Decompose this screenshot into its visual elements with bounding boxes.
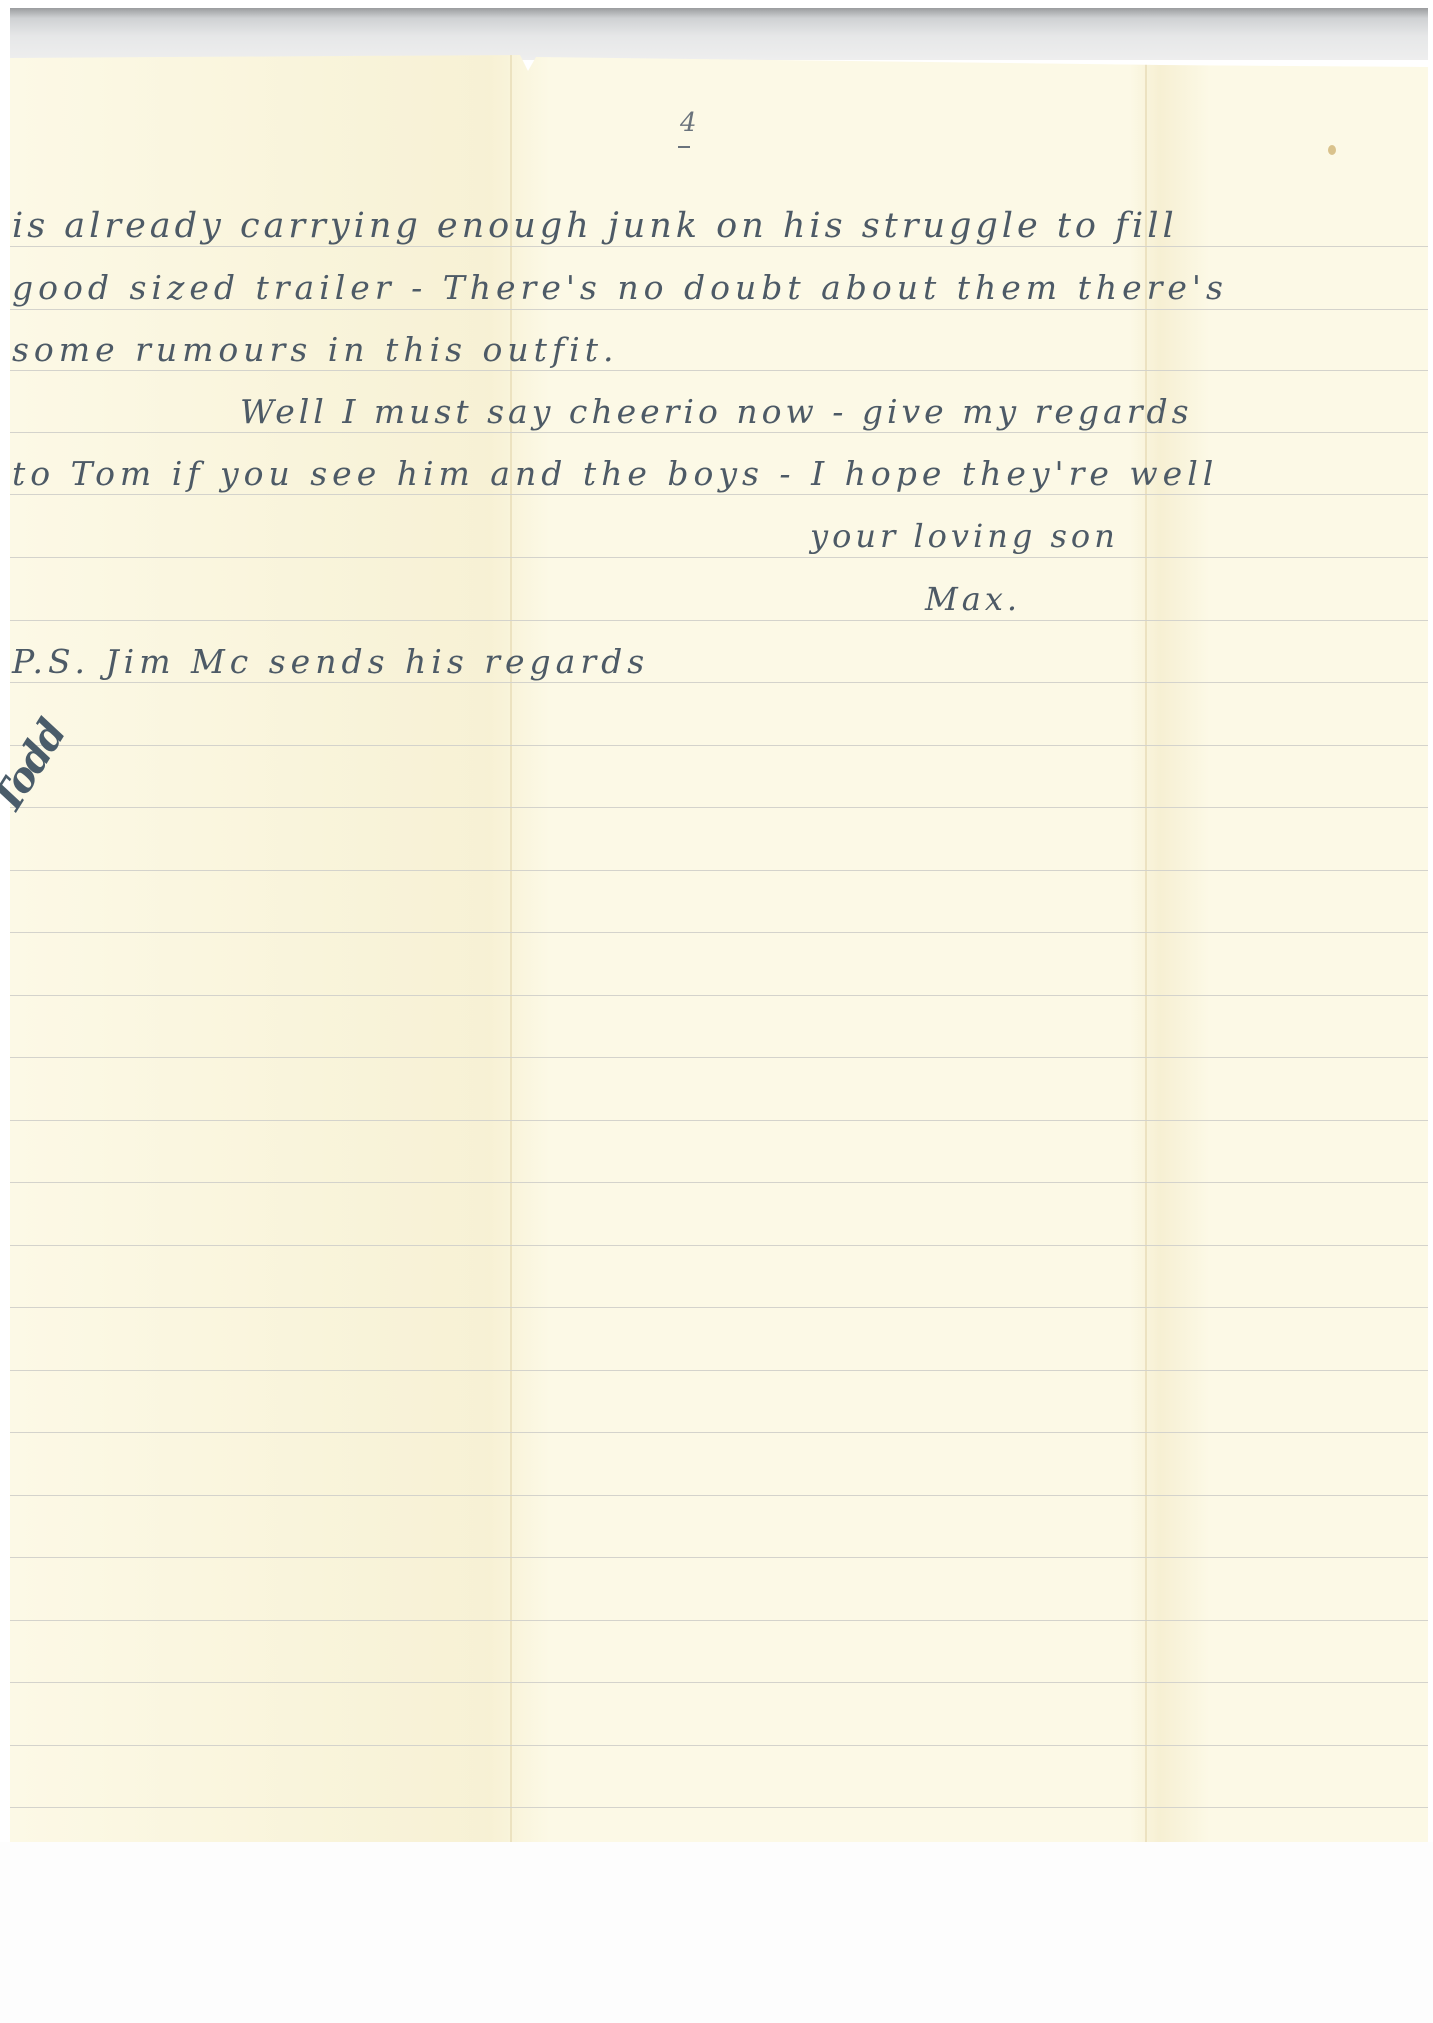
ruled-line bbox=[10, 870, 1428, 871]
ruled-line bbox=[10, 745, 1428, 746]
paper-fold bbox=[510, 55, 512, 1842]
ruled-line bbox=[10, 1245, 1428, 1246]
letter-body-line: some rumours in this outfit. bbox=[12, 330, 618, 369]
ruled-line bbox=[10, 1745, 1428, 1746]
ruled-line bbox=[10, 1620, 1428, 1621]
ruled-line bbox=[10, 1807, 1428, 1808]
valediction: your loving son bbox=[810, 517, 1119, 555]
signature: Max. bbox=[925, 580, 1021, 618]
scanner-shadow bbox=[10, 8, 1428, 60]
ruled-line bbox=[10, 1182, 1428, 1183]
ruled-line bbox=[10, 1557, 1428, 1558]
ruled-line bbox=[10, 1120, 1428, 1121]
letter-body-line: good sized trailer - There's no doubt ab… bbox=[12, 268, 1228, 307]
ruled-line bbox=[10, 309, 1428, 310]
ruled-line bbox=[10, 620, 1428, 621]
ruled-line bbox=[10, 1495, 1428, 1496]
page-number: 4 bbox=[680, 108, 697, 138]
ruled-line bbox=[10, 682, 1428, 683]
ruled-line bbox=[10, 557, 1428, 558]
ruled-line bbox=[10, 807, 1428, 808]
letter-body-line: is already carrying enough junk on his s… bbox=[12, 206, 1178, 246]
letter-closing-line: to Tom if you see him and the boys - I h… bbox=[12, 454, 1218, 493]
ruled-line bbox=[10, 370, 1428, 371]
ruled-line bbox=[10, 432, 1428, 433]
postscript: P.S. Jim Mc sends his regards bbox=[12, 642, 649, 681]
letter-closing-line: Well I must say cheerio now - give my re… bbox=[240, 392, 1193, 431]
ruled-line bbox=[10, 1682, 1428, 1683]
letter-page bbox=[10, 55, 1428, 1842]
ruled-line bbox=[10, 1432, 1428, 1433]
ruled-line bbox=[10, 1307, 1428, 1308]
paper-stain bbox=[1328, 145, 1336, 155]
scan-background bbox=[0, 1842, 1433, 2023]
paper-fold bbox=[1145, 55, 1147, 1842]
ruled-line bbox=[10, 1370, 1428, 1371]
ruled-line bbox=[10, 246, 1428, 247]
ruled-line bbox=[10, 1057, 1428, 1058]
ruled-line bbox=[10, 932, 1428, 933]
ruled-line bbox=[10, 494, 1428, 495]
ruled-line bbox=[10, 995, 1428, 996]
